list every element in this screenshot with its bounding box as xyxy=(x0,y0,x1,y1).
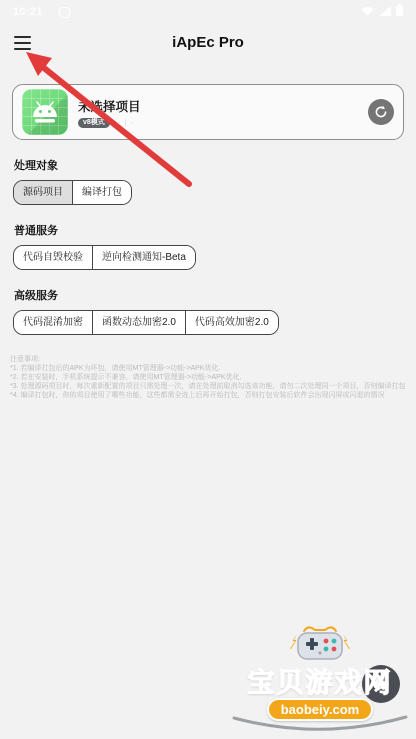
watermark-site-url: baobeiy.com xyxy=(267,698,374,721)
option-code-efficient-encrypt[interactable]: 代码高效加密2.0 xyxy=(185,311,278,334)
signal-icon xyxy=(379,3,391,21)
option-code-self-check[interactable]: 代码自毁校验 xyxy=(14,246,92,269)
project-path-placeholder: - | - xyxy=(118,118,135,127)
section-heading-advanced-services: 高级服务 xyxy=(14,287,416,303)
section-heading-processing-target: 处理对象 xyxy=(14,157,416,173)
play-icon xyxy=(376,676,389,692)
processing-target-group: 源码项目 编译打包 xyxy=(13,180,132,205)
gamepad-icon xyxy=(284,623,356,669)
notes-block: 注意事项: *1. 若编译打包后的APK为坏包，请使用MT管理器->功能->AP… xyxy=(10,355,406,400)
watermark-swoosh xyxy=(230,715,410,737)
note-line-2: *2. 若在安装时，手机系统提示不兼容，请使用MT管理器->功能->APK优化. xyxy=(10,373,406,382)
fab-play-button[interactable] xyxy=(362,665,400,703)
version-badge: v8模式 xyxy=(78,118,110,128)
normal-services-group: 代码自毁校验 逆向检测通知-Beta xyxy=(13,245,196,270)
page-title: iApEc Pro xyxy=(0,34,416,51)
option-source-project[interactable]: 源码项目 xyxy=(14,181,72,204)
status-bar: 10:21 xyxy=(0,0,416,24)
note-line-1: *1. 若编译打包后的APK为坏包，请使用MT管理器->功能->APK优化. xyxy=(10,364,406,373)
android-app-icon xyxy=(22,89,68,135)
notes-title: 注意事项: xyxy=(10,355,406,364)
advanced-services-group: 代码混淆加密 函数动态加密2.0 代码高效加密2.0 xyxy=(13,310,279,335)
app-header: iApEc Pro xyxy=(0,28,416,66)
wifi-icon xyxy=(361,3,374,21)
note-line-3: *3. 处理源码项目时，每次重新配置的项目只需处理一次，请在处理前取消勾选该功能… xyxy=(10,382,406,391)
note-line-4: *4. 编译打包时，你的项目使用了哪些功能，这些都需全选上后再开始打包，否则打包… xyxy=(10,391,406,400)
notification-app-icon xyxy=(59,7,70,18)
refresh-project-button[interactable] xyxy=(368,99,394,125)
project-card[interactable]: 未选择项目 v8模式 - | - xyxy=(12,84,404,140)
option-function-dynamic-encrypt[interactable]: 函数动态加密2.0 xyxy=(92,311,185,334)
project-title: 未选择项目 xyxy=(78,97,141,115)
option-compile-package[interactable]: 编译打包 xyxy=(72,181,131,204)
battery-icon xyxy=(396,3,403,21)
option-code-obfuscation[interactable]: 代码混淆加密 xyxy=(14,311,92,334)
section-heading-normal-services: 普通服务 xyxy=(14,222,416,238)
clock: 10:21 xyxy=(13,6,43,18)
option-reverse-detection-beta[interactable]: 逆向检测通知-Beta xyxy=(92,246,195,269)
